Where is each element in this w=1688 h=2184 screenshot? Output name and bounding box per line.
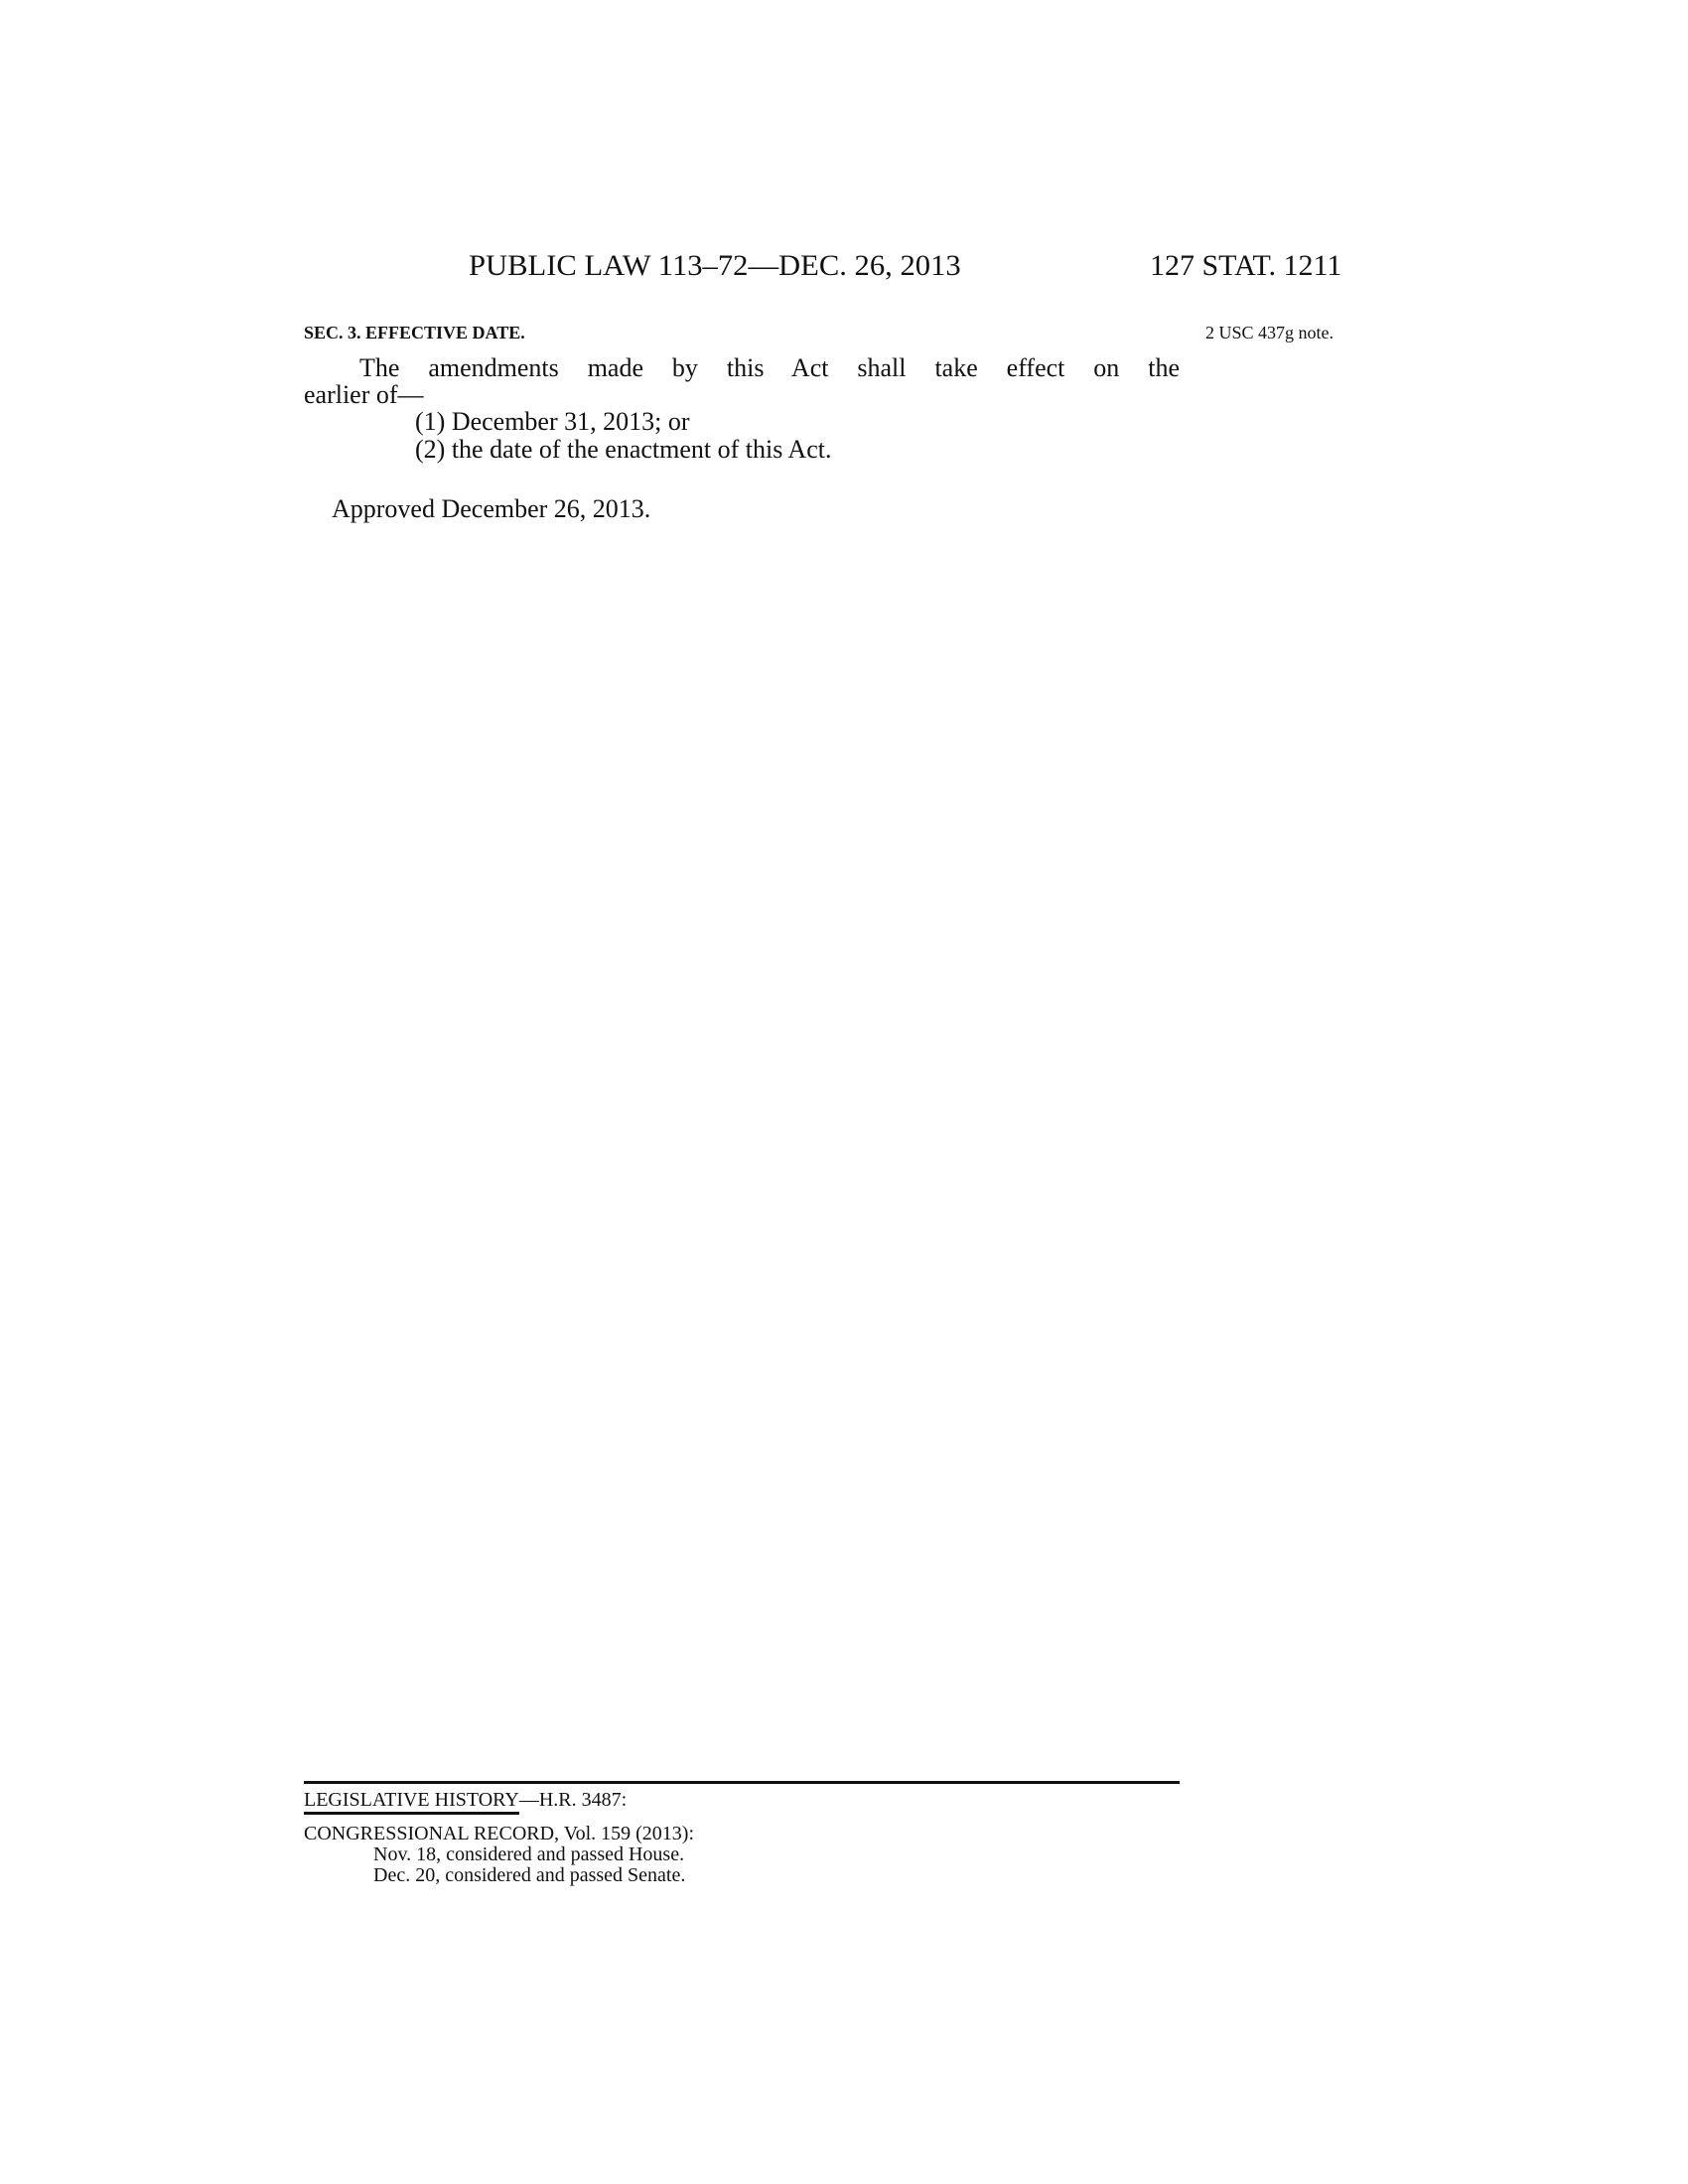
list-item: (1) December 31, 2013; or (415, 407, 690, 437)
legislative-history-title: LEGISLATIVE HISTORY—H.R. 3487: (304, 1789, 627, 1812)
section-paragraph-line-1: The amendments made by this Act shall ta… (304, 353, 1180, 383)
approval-date: Approved December 26, 2013. (332, 494, 650, 524)
history-entry: Nov. 18, considered and passed House. (373, 1843, 684, 1866)
list-item: (2) the date of the enactment of this Ac… (415, 435, 831, 465)
footer-divider (304, 1781, 1180, 1784)
history-entry: Dec. 20, considered and passed Senate. (373, 1864, 685, 1887)
legislative-history-label: LEGISLATIVE HISTORY (304, 1789, 519, 1815)
bill-number: —H.R. 3487: (519, 1789, 627, 1811)
section-paragraph-line-2: earlier of— (304, 380, 424, 410)
running-head: PUBLIC LAW 113–72—DEC. 26, 2013 (469, 249, 961, 283)
margin-note: 2 USC 437g note. (1205, 323, 1334, 343)
congressional-record-heading: CONGRESSIONAL RECORD, Vol. 159 (2013): (304, 1823, 694, 1845)
section-heading: SEC. 3. EFFECTIVE DATE. (304, 323, 525, 343)
statute-page-reference: 127 STAT. 1211 (1150, 249, 1341, 283)
